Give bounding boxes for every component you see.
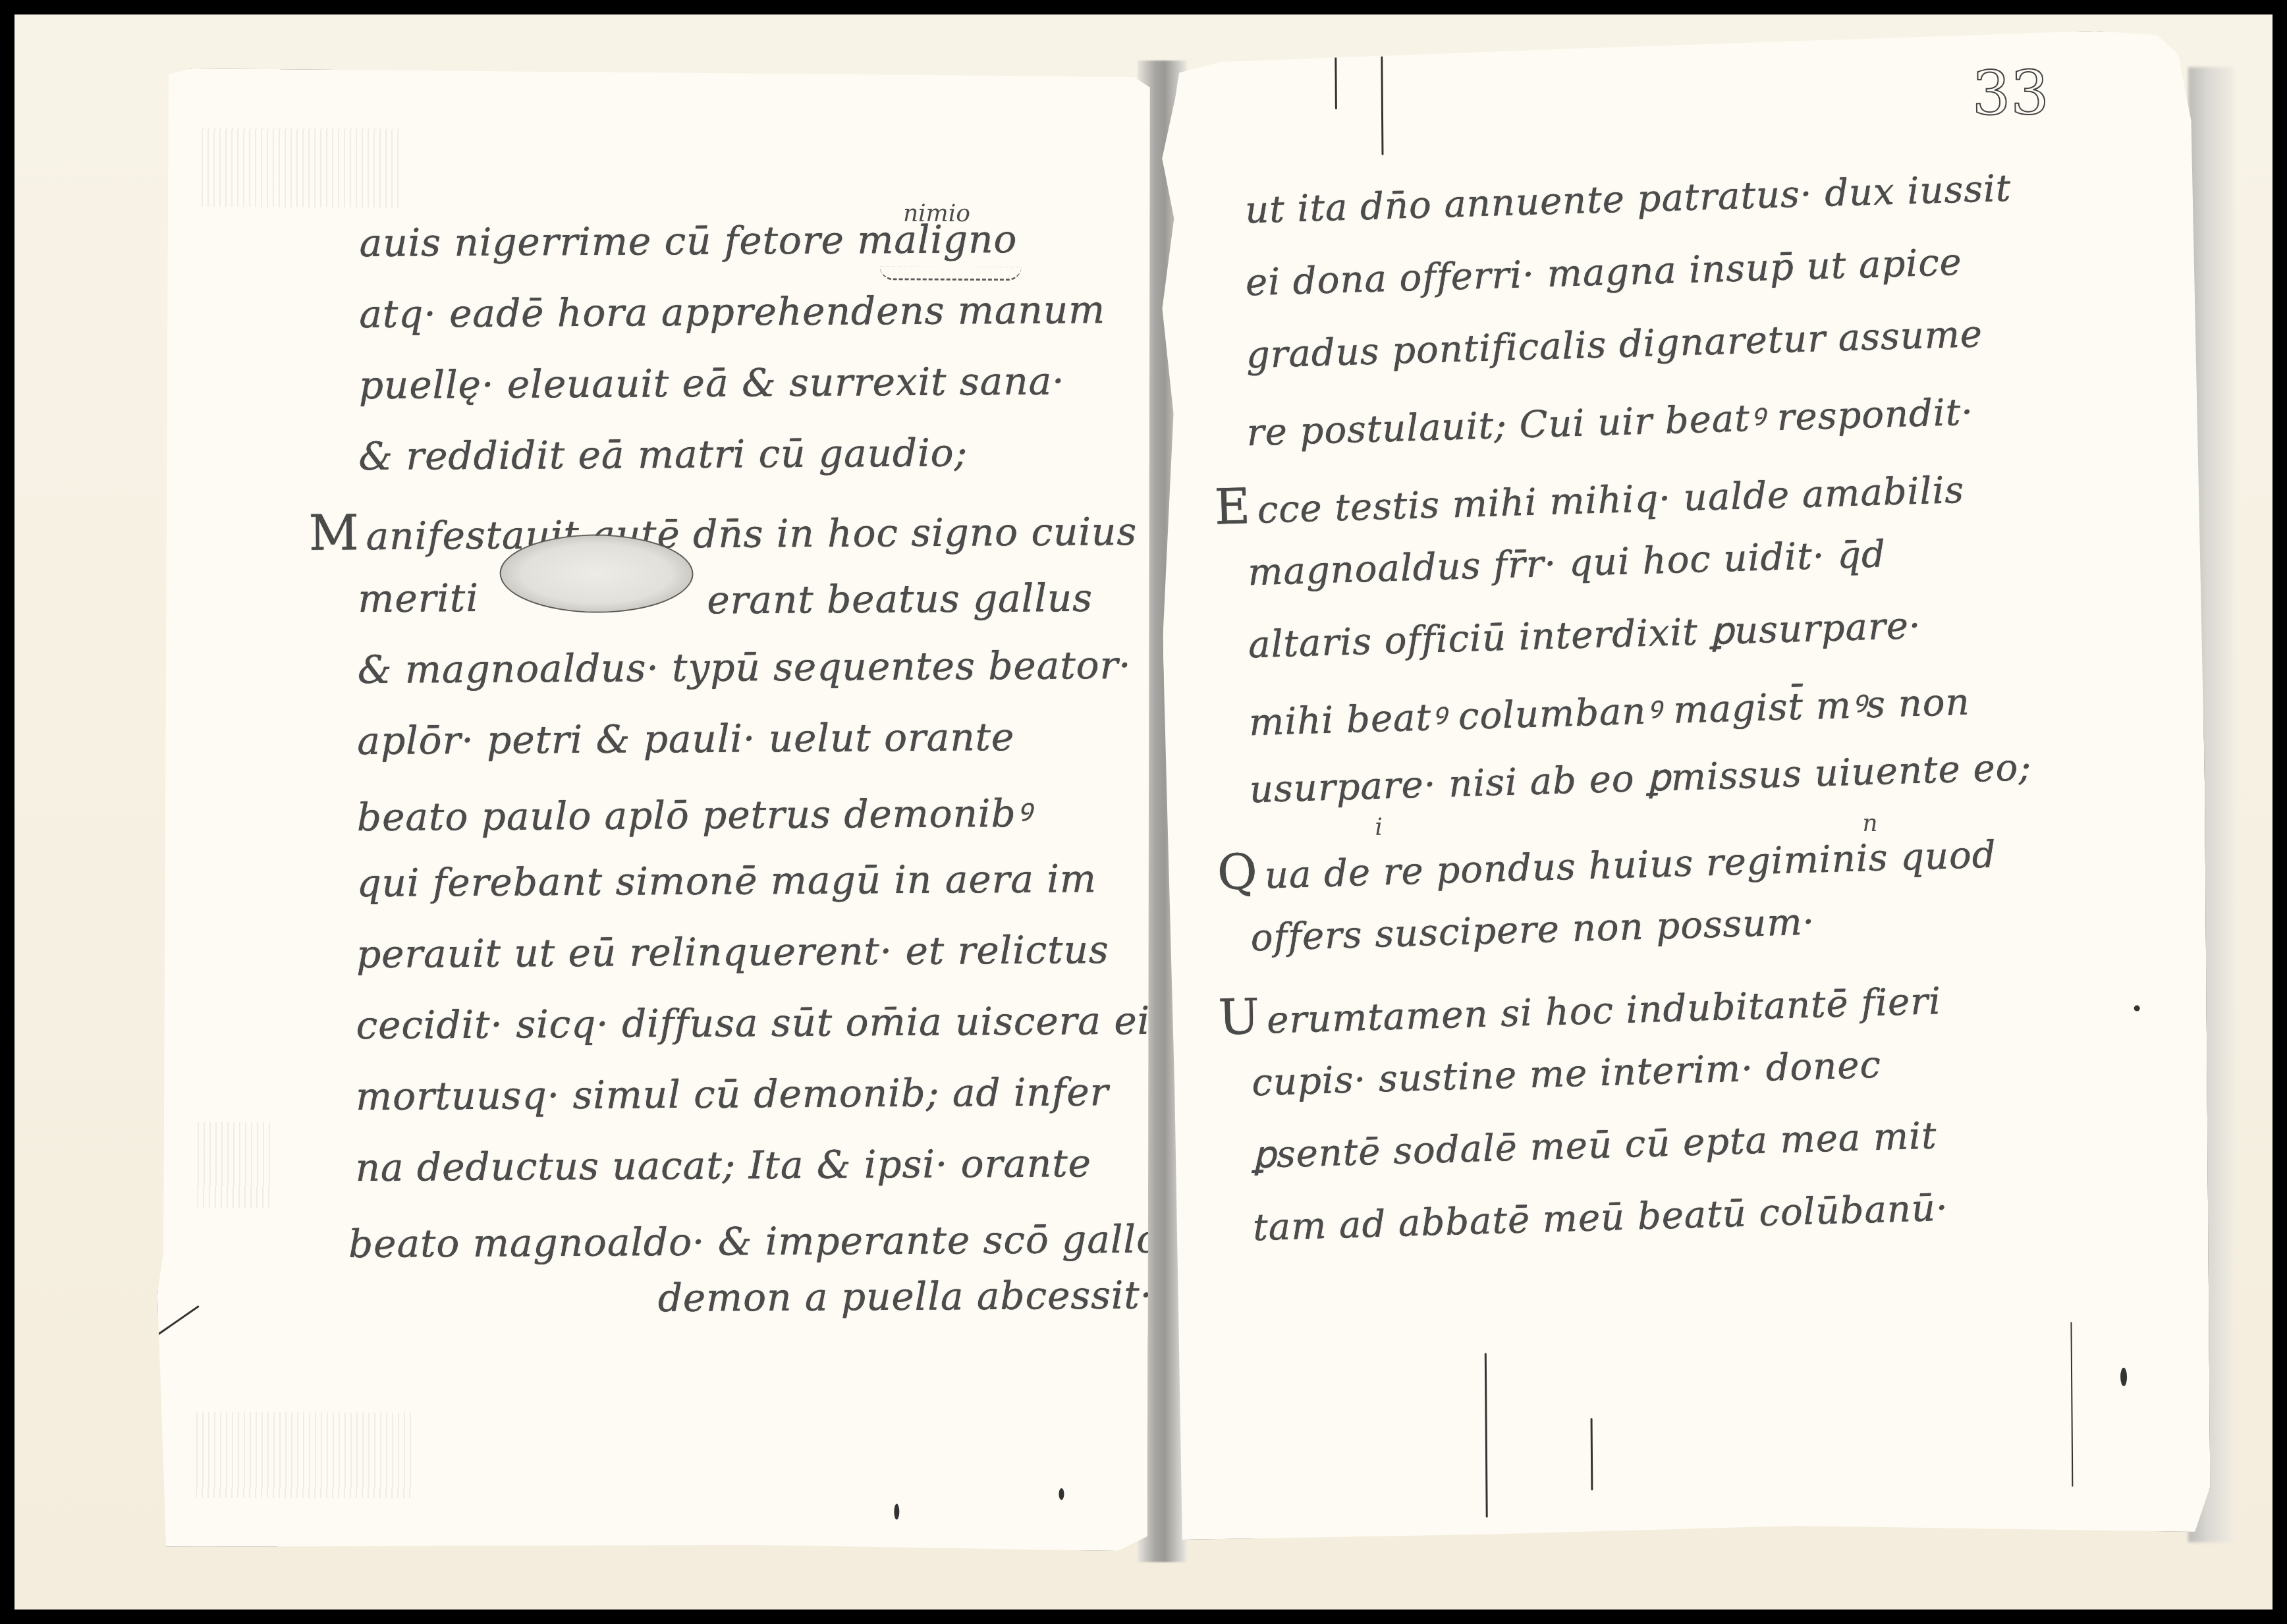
text-line: cecidit· sicq· diffusa sūt om̄ia uiscera… <box>356 998 1196 1048</box>
text-line: tam ad abbatē meū beatū colūbanū· <box>1252 1187 1948 1249</box>
text-line: ei dona offerri· magna insup̄ ut apice <box>1245 241 1962 304</box>
text-line: usurpare· nisi ab eo ꝑmissus uiuente eo; <box>1249 746 2032 811</box>
text-line: ut ita dn̄o annuente patratus· dux iussi… <box>1244 167 2012 232</box>
ink-speck <box>1059 1488 1064 1500</box>
edge-tear <box>150 1305 200 1341</box>
text-line: mihi beatꝰ columbanꝰ magist̄ mꝰs non <box>1248 676 1970 746</box>
text-line: magnoaldus fr̄r· qui hoc uidit· q̄d <box>1248 533 1887 594</box>
parchment-crack <box>1591 1418 1593 1490</box>
show-through-ghost <box>202 128 400 207</box>
text-line: ꝑsentē sodalē meū cū epta mea mit <box>1252 1114 1937 1177</box>
text-line: qui ferebant simonē magū in aera im <box>356 856 1097 906</box>
text-line: aplōr· petri & pauli· uelut orante <box>357 715 1014 763</box>
parchment-crack <box>1381 57 1383 155</box>
text-line: erant beatus gallus <box>707 576 1093 623</box>
text-line-with-initial: Uerumtamen si hoc indubitantē fieri <box>1218 969 1942 1046</box>
initial-letter: U <box>1218 988 1261 1046</box>
text-line: & reddidit eā matri cū gaudio; <box>358 430 968 479</box>
text-line: altaris officiū interdixit ꝑusurpare· <box>1248 605 1921 666</box>
text-line: meriti <box>358 576 479 621</box>
text-line: beato magnoaldo· & imperante scō gallo <box>348 1216 1160 1266</box>
text-line: puellę· eleuauit eā & surrexit sana· <box>359 358 1065 408</box>
text-line: mortuusq· simul cū demonib; ad infer <box>356 1069 1109 1119</box>
text-line: auis nigerrime cū fetore maligno <box>360 217 1018 265</box>
underline-mark <box>880 266 1022 281</box>
text-line-with-initial: Ecce testis mihi mihiq· ualde amabilis <box>1213 458 1965 536</box>
text-line: cupis· sustine me interim· donec <box>1252 1044 1882 1104</box>
text-line-rest: cce testis mihi mihiq· ualde amabilis <box>1257 469 1965 532</box>
folio-number: 33 <box>1971 58 2049 129</box>
text-line: na deductus uacat; Ita & ipsi· orante <box>355 1141 1091 1190</box>
text-line-rest: ua de re pondus huius regiminis quod <box>1264 834 1997 898</box>
initial-letter: E <box>1213 478 1251 536</box>
text-line-with-initial: Manifestauit autē dn̄s in hoc signo cuiu… <box>309 500 1138 562</box>
text-line: re postulauit; Cui uir beatꝰ respondit· <box>1246 385 1974 456</box>
text-line-with-initial: Qua de re pondus huius regiminis quod <box>1217 823 1997 902</box>
text-line: beato paulo aplō petrus demonibꝰ <box>357 786 1032 842</box>
parchment-crack <box>1335 57 1337 109</box>
right-page: 33 ut ita dn̄o annuente patratus· dux iu… <box>1158 30 2211 1540</box>
text-line: perauit ut eū relinquerent· et relictus <box>356 927 1109 977</box>
text-line: gradus pontificalis dignaretur assume <box>1246 313 1983 377</box>
text-line-rest: erumtamen si hoc indubitantē fieri <box>1266 980 1941 1042</box>
text-line-rest: anifestauit autē dn̄s in hoc signo cuius <box>366 509 1137 558</box>
interlinear-mark: i <box>1375 814 1383 841</box>
initial-letter: M <box>309 504 360 561</box>
text-line: & magnoaldus· typū sequentes beator· <box>358 643 1132 692</box>
ink-speck <box>894 1504 899 1520</box>
left-page: nimio auis nigerrime cū fetore maligno a… <box>156 68 1154 1552</box>
ink-speck <box>2134 1006 2140 1012</box>
initial-letter: Q <box>1217 844 1259 902</box>
ink-speck <box>2120 1368 2127 1386</box>
photo-frame: nimio auis nigerrime cū fetore maligno a… <box>14 14 2273 1610</box>
show-through-ghost <box>196 1412 414 1498</box>
parchment-crack <box>2070 1322 2073 1486</box>
stain <box>197 1122 270 1208</box>
parchment-hole <box>499 534 694 613</box>
text-line: offers suscipere non possum· <box>1250 901 1815 960</box>
parchment-crack <box>1485 1353 1488 1517</box>
text-line: atq· eadē hora apprehendens manum <box>359 287 1105 337</box>
text-line: demon a puella abcessit· <box>658 1272 1153 1320</box>
